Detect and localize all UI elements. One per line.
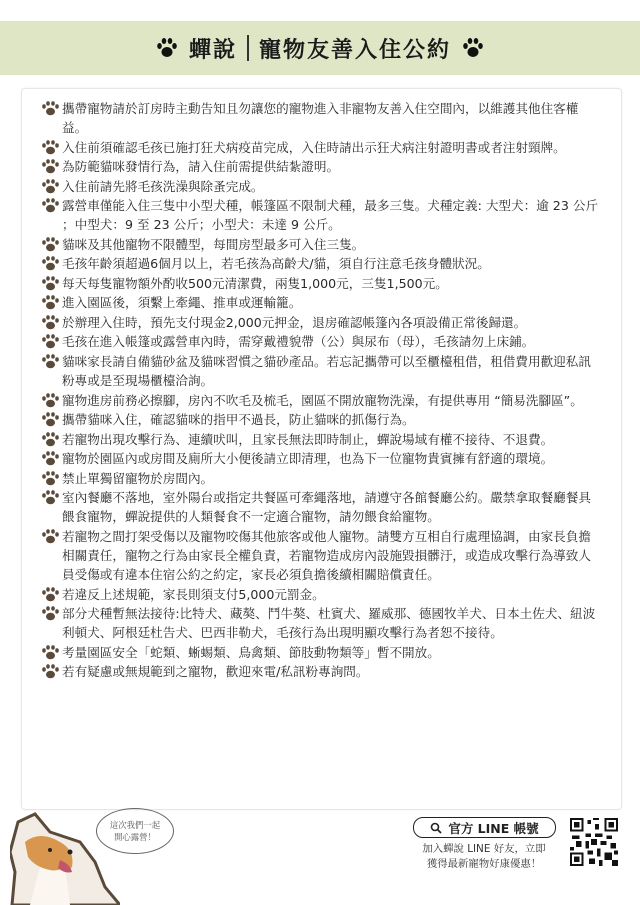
- paw-icon: [41, 432, 59, 447]
- rule-item: 於辦理入住時，預先支付現金2,000元押金，退房確認帳篷內各項設備正常後歸還。: [41, 313, 603, 332]
- line-caption: 加入蟬說 LINE 好友，立即 獲得最新寵物好康優惠！: [410, 842, 558, 872]
- rule-item: 入住前請先將毛孩洗澡與除蚤完成。: [41, 177, 603, 196]
- paw-icon: [41, 606, 59, 621]
- line-button-label: 官方 LINE 帳號: [448, 819, 538, 837]
- line-caption-line2: 獲得最新寵物好康優惠！: [410, 857, 558, 872]
- rule-item: 為防範貓咪發情行為，請入住前需提供結紮證明。: [41, 157, 603, 176]
- paw-icon: [461, 36, 485, 60]
- paw-icon: [155, 36, 179, 60]
- rule-text: 攜帶貓咪入住，確認貓咪的指甲不過長，防止貓咪的抓傷行為。: [62, 412, 415, 427]
- rule-text: 若有疑慮或無規範到之寵物，歡迎來電/私訊粉專詢問。: [62, 664, 369, 679]
- rule-text: 貓咪家長請自備貓砂盆及貓咪習慣之貓砂產品。若忘記攜帶可以至櫃檯租借，租借費用歡迎…: [62, 354, 591, 388]
- rule-item: 若寵物之間打架受傷以及寵物咬傷其他旅客或他人寵物。請雙方互相自行處理協調，由家長…: [41, 527, 603, 585]
- rule-item: 考量園區安全「蛇類、蜥蜴類、鳥禽類、節肢動物類等」暫不開放。: [41, 643, 603, 662]
- rule-item: 室內餐廳不落地，室外陽台或指定共餐區可牽繩落地，請遵守各館餐廳公約。嚴禁拿取餐廳…: [41, 488, 603, 526]
- title-divider: [247, 35, 249, 61]
- bubble-text-line1: 這次我們一起: [97, 819, 173, 831]
- rule-item: 寵物於園區內或房間及廁所大小便後請立即清理，也為下一位寵物貴賓擁有舒適的環境。: [41, 449, 603, 468]
- rule-item: 若寵物出現攻擊行為、連續吠叫，且家長無法即時制止，蟬說場域有權不接待、不退費。: [41, 430, 603, 449]
- rule-item: 攜帶寵物請於訂房時主動告知且勿讓您的寵物進入非寵物友善入住空間內，以維護其他住客…: [41, 99, 603, 137]
- paw-icon: [41, 198, 59, 213]
- rule-text: 進入園區後，須繫上牽繩、推車或運輸籠。: [62, 295, 301, 310]
- paw-icon: [41, 529, 59, 544]
- rule-item: 若有疑慮或無規範到之寵物，歡迎來電/私訊粉專詢問。: [41, 662, 603, 681]
- rule-text: 考量園區安全「蛇類、蜥蜴類、鳥禽類、節肢動物類等」暫不開放。: [62, 645, 440, 660]
- rules-list: 攜帶寵物請於訂房時主動告知且勿讓您的寵物進入非寵物友善入住空間內，以維護其他住客…: [22, 89, 621, 682]
- rule-text: 若寵物出現攻擊行為、連續吠叫，且家長無法即時制止，蟬說場域有權不接待、不退費。: [62, 432, 553, 447]
- brand-name: 蟬說: [189, 33, 237, 64]
- rules-card: 攜帶寵物請於訂房時主動告知且勿讓您的寵物進入非寵物友善入住空間內，以維護其他住客…: [21, 88, 622, 810]
- rule-text: 入住前須確認毛孩已施打狂犬病疫苗完成，入住時請出示狂犬病注射證明書或者注射頸牌。: [62, 140, 566, 155]
- paw-icon: [41, 412, 59, 427]
- qr-code[interactable]: [570, 818, 618, 866]
- rule-text: 寵物進房前務必擦腳，房內不吹毛及梳毛，園區不開放寵物洗澡，有提供專用 “簡易洗腳…: [62, 393, 583, 408]
- paw-icon: [41, 159, 59, 174]
- rule-item: 露營車僅能入住三隻中小型犬種，帳篷區不限制犬種，最多三隻。犬種定義: 大型犬：逾…: [41, 196, 603, 234]
- rule-item: 毛孩在進入帳篷或露營車內時，需穿戴禮貌帶（公）與尿布（母），毛孩請勿上床鋪。: [41, 332, 603, 351]
- rule-text: 毛孩年齡須超過6個月以上，若毛孩為高齡犬/貓，須自行注意毛孩身體狀況。: [62, 256, 490, 271]
- rule-text: 於辦理入住時，預先支付現金2,000元押金，退房確認帳篷內各項設備正常後歸還。: [62, 315, 526, 330]
- paw-icon: [41, 451, 59, 466]
- rule-text: 若寵物之間打架受傷以及寵物咬傷其他旅客或他人寵物。請雙方互相自行處理協調，由家長…: [62, 529, 591, 582]
- paw-icon: [41, 295, 59, 310]
- bubble-text-line2: 開心露營！: [97, 831, 173, 843]
- paw-icon: [41, 645, 59, 660]
- paw-icon: [41, 237, 59, 252]
- rule-text: 寵物於園區內或房間及廁所大小便後請立即清理，也為下一位寵物貴賓擁有舒適的環境。: [62, 451, 553, 466]
- paw-icon: [41, 256, 59, 271]
- paw-icon: [41, 276, 59, 291]
- page-title: 蟬說 寵物友善入住公約: [189, 33, 451, 64]
- rule-item: 貓咪家長請自備貓砂盆及貓咪習慣之貓砂產品。若忘記攜帶可以至櫃檯租借，租借費用歡迎…: [41, 352, 603, 390]
- rule-text: 入住前請先將毛孩洗澡與除蚤完成。: [62, 179, 264, 194]
- paw-icon: [41, 315, 59, 330]
- rule-item: 毛孩年齡須超過6個月以上，若毛孩為高齡犬/貓，須自行注意毛孩身體狀況。: [41, 254, 603, 273]
- rule-text: 部分犬種暫無法接待:比特犬、藏獒、鬥牛獒、杜賓犬、羅威那、德國牧羊犬、日本土佐犬…: [62, 606, 595, 640]
- rule-text: 為防範貓咪發情行為，請入住前需提供結紮證明。: [62, 159, 339, 174]
- rule-text: 若違反上述規範，家長則須支付5,000元罰金。: [62, 587, 325, 602]
- rule-text: 貓咪及其他寵物不限體型，每間房型最多可入住三隻。: [62, 237, 364, 252]
- paw-icon: [41, 354, 59, 369]
- line-caption-line1: 加入蟬說 LINE 好友，立即: [410, 842, 558, 857]
- rule-text: 毛孩在進入帳篷或露營車內時，需穿戴禮貌帶（公）與尿布（母），毛孩請勿上床鋪。: [62, 334, 534, 349]
- paw-icon: [41, 490, 59, 505]
- rule-text: 禁止單獨留寵物於房間內。: [62, 471, 213, 486]
- paw-icon: [41, 587, 59, 602]
- search-icon: [430, 822, 442, 834]
- speech-bubble: 這次我們一起 開心露營！: [96, 808, 174, 854]
- rule-text: 每天每隻寵物額外酌收500元清潔費，兩隻1,000元，三隻1,500元。: [62, 276, 448, 291]
- paw-icon: [41, 101, 59, 116]
- rule-item: 若違反上述規範，家長則須支付5,000元罰金。: [41, 585, 603, 604]
- rule-text: 室內餐廳不落地，室外陽台或指定共餐區可牽繩落地，請遵守各館餐廳公約。嚴禁拿取餐廳…: [62, 490, 591, 524]
- title-text: 寵物友善入住公約: [259, 33, 451, 64]
- rule-text: 攜帶寵物請於訂房時主動告知且勿讓您的寵物進入非寵物友善入住空間內，以維護其他住客…: [62, 101, 578, 135]
- rule-item: 攜帶貓咪入住，確認貓咪的指甲不過長，防止貓咪的抓傷行為。: [41, 410, 603, 429]
- paw-icon: [41, 393, 59, 408]
- paw-icon: [41, 140, 59, 155]
- rule-item: 進入園區後，須繫上牽繩、推車或運輸籠。: [41, 293, 603, 312]
- rule-item: 寵物進房前務必擦腳，房內不吹毛及梳毛，園區不開放寵物洗澡，有提供專用 “簡易洗腳…: [41, 391, 603, 410]
- rule-text: 露營車僅能入住三隻中小型犬種，帳篷區不限制犬種，最多三隻。犬種定義: 大型犬：逾…: [62, 198, 598, 232]
- rule-item: 部分犬種暫無法接待:比特犬、藏獒、鬥牛獒、杜賓犬、羅威那、德國牧羊犬、日本土佐犬…: [41, 604, 603, 642]
- paw-icon: [41, 664, 59, 679]
- paw-icon: [41, 471, 59, 486]
- paw-icon: [41, 334, 59, 349]
- title-banner: 蟬說 寵物友善入住公約: [0, 21, 640, 75]
- official-line-account-button[interactable]: 官方 LINE 帳號: [413, 817, 556, 838]
- paw-icon: [41, 179, 59, 194]
- rule-item: 貓咪及其他寵物不限體型，每間房型最多可入住三隻。: [41, 235, 603, 254]
- rule-item: 每天每隻寵物額外酌收500元清潔費，兩隻1,000元，三隻1,500元。: [41, 274, 603, 293]
- rule-item: 入住前須確認毛孩已施打狂犬病疫苗完成，入住時請出示狂犬病注射證明書或者注射頸牌。: [41, 138, 603, 157]
- rule-item: 禁止單獨留寵物於房間內。: [41, 469, 603, 488]
